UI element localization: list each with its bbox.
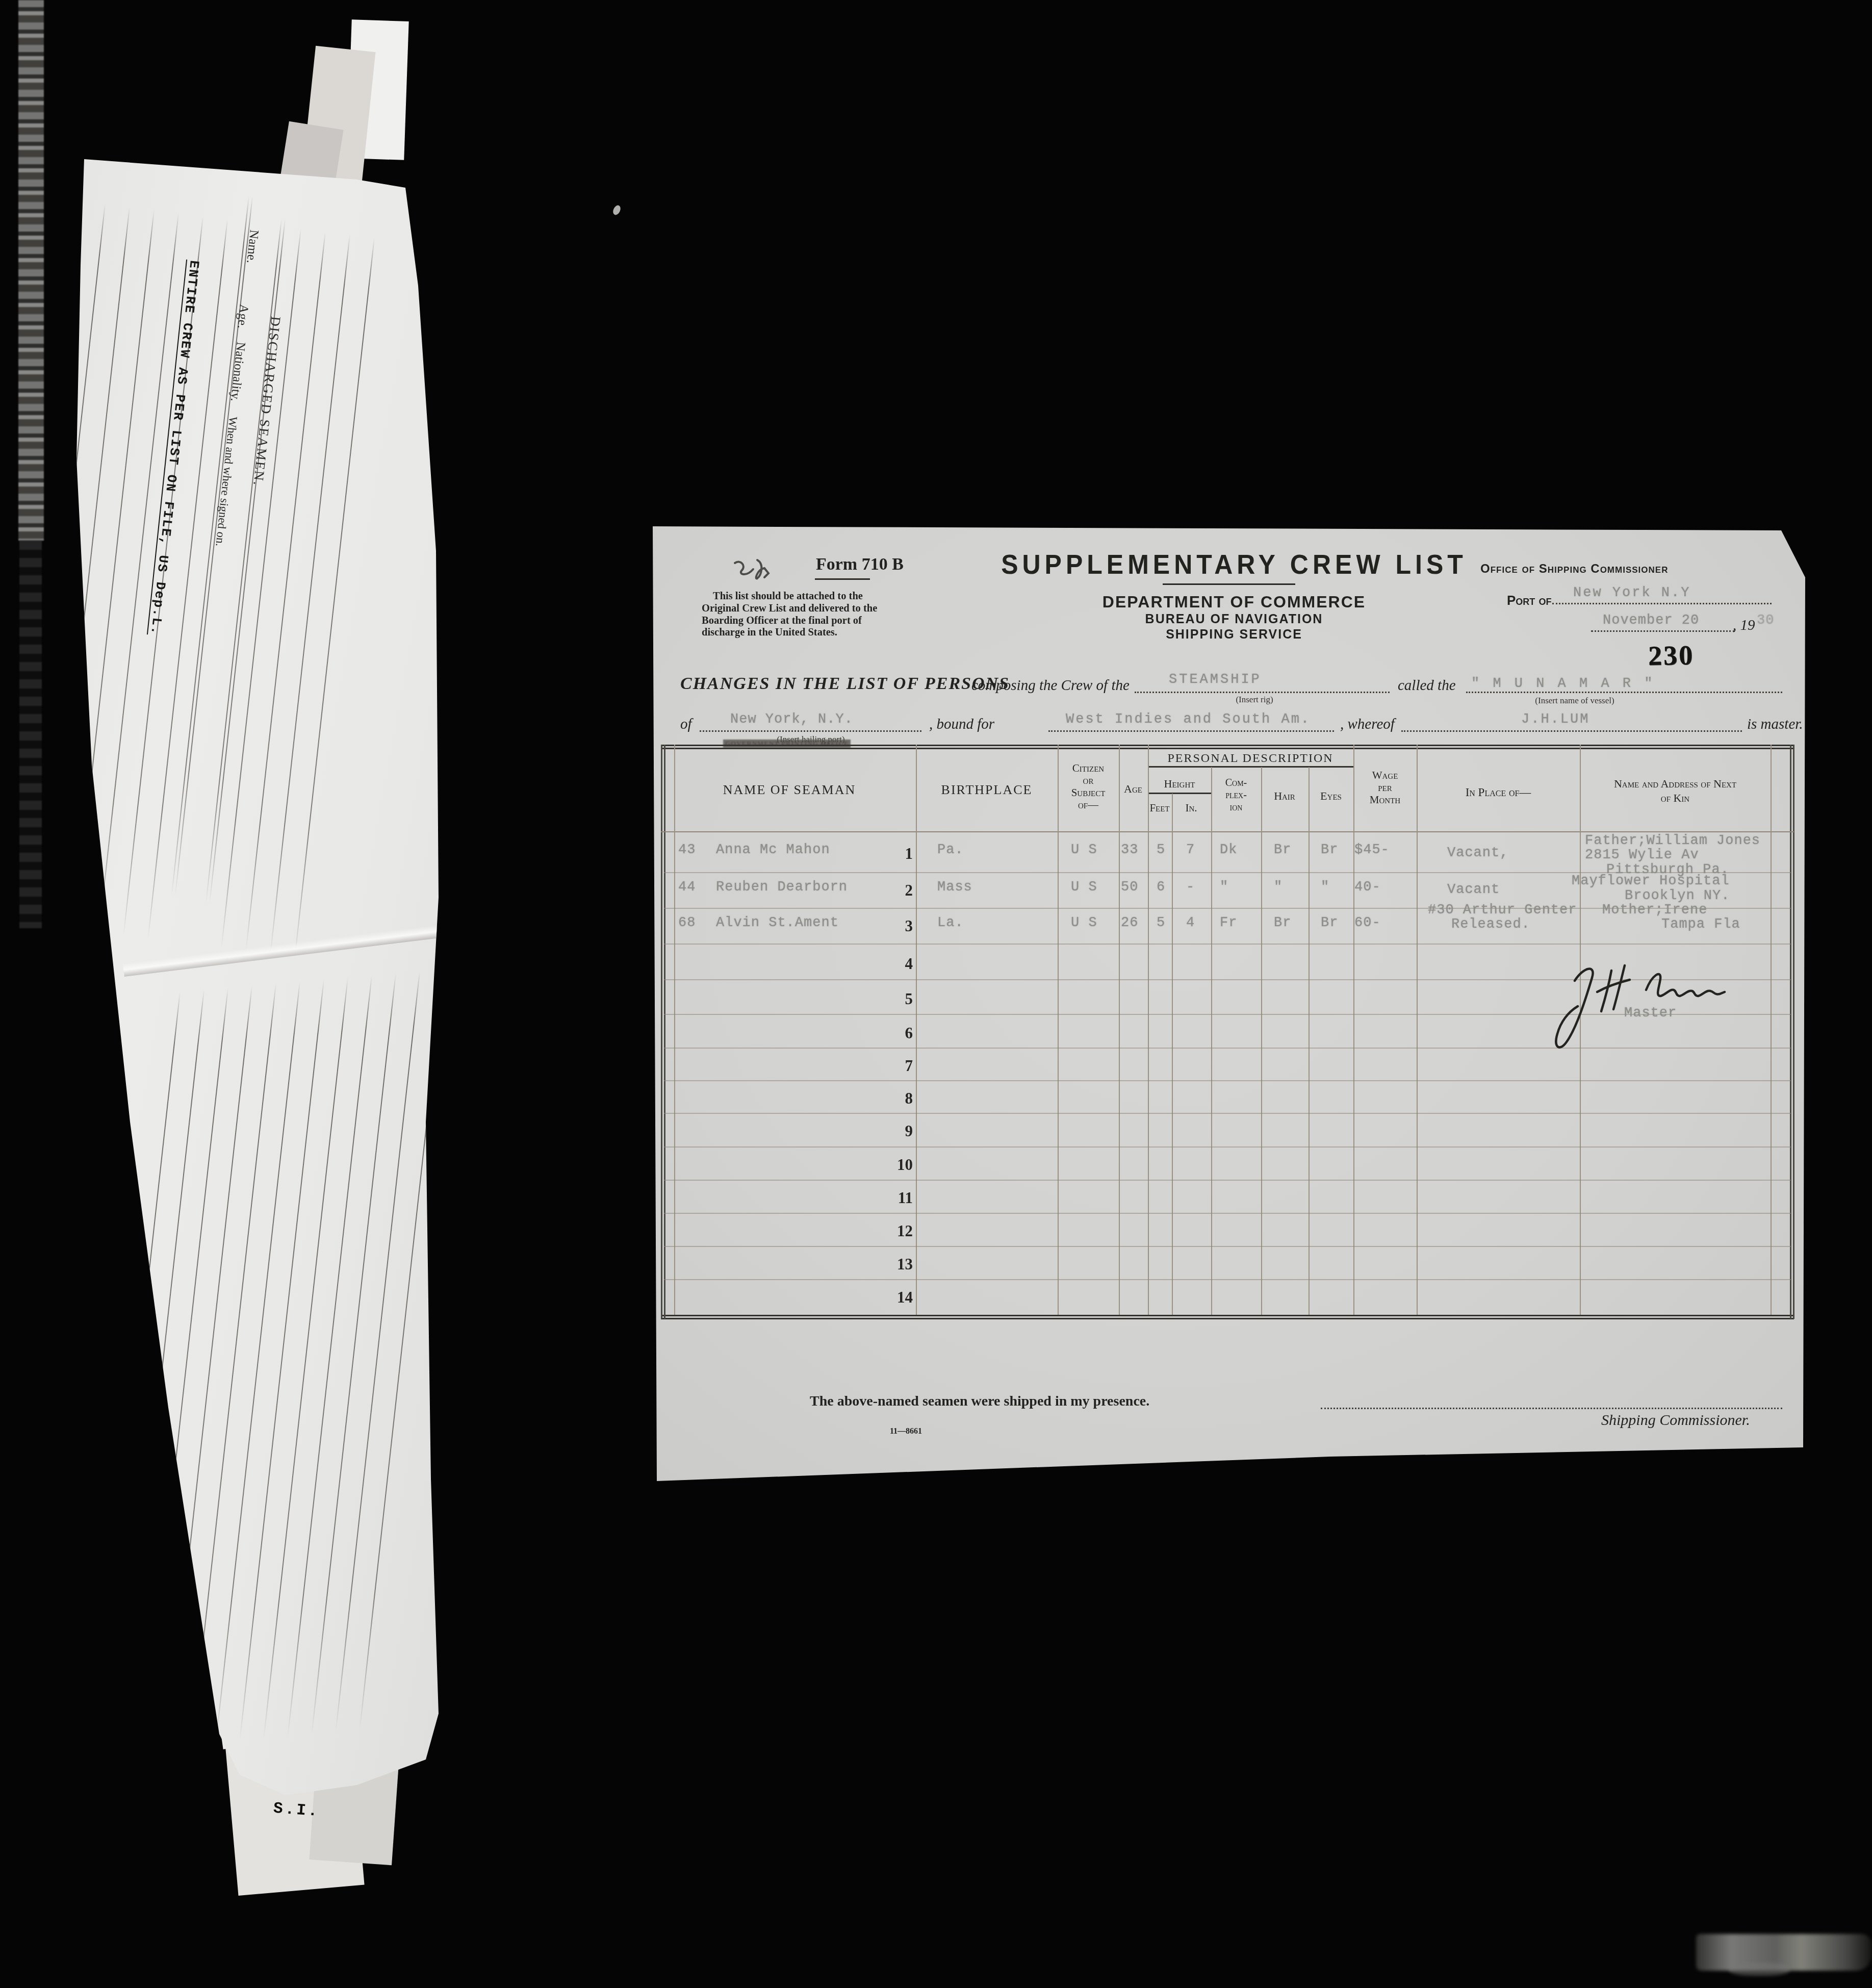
- vessel-dotted-line: [1466, 692, 1782, 693]
- row-separator: [664, 1146, 1791, 1148]
- table-border: [661, 1315, 1794, 1316]
- ruled-line: [74, 210, 155, 930]
- row-number: 1: [882, 845, 913, 863]
- master-dotted-line: [1401, 730, 1742, 732]
- cell-name: Reuben Dearborn: [716, 880, 848, 895]
- col-header-citizen-1: Citizen: [1072, 762, 1104, 775]
- form-title-rule: [1163, 583, 1295, 585]
- cell-next-of-kin: 2815 Wylie Av: [1585, 848, 1699, 863]
- cell-in-place-of: Vacant,: [1447, 846, 1508, 861]
- cell-strip_no: 68: [678, 915, 696, 931]
- cell-next-of-kin: Mayflower Hospital: [1572, 874, 1730, 889]
- cell-complexion: Dk: [1220, 843, 1237, 858]
- cell-strip_no: 43: [678, 843, 696, 858]
- port-dotted-line: [1552, 603, 1772, 604]
- department-line: DEPARTMENT OF COMMERCE: [1102, 593, 1366, 611]
- col-header-kin-2: of Kin: [1661, 792, 1689, 805]
- ruled-line: [239, 980, 324, 1740]
- pencil-scribble: [731, 549, 802, 584]
- cell-eyes: Br: [1321, 915, 1338, 931]
- row-number: 6: [882, 1024, 913, 1042]
- dest-dotted-line: [1048, 730, 1334, 732]
- cell-in-place-of: Released.: [1451, 917, 1530, 932]
- cell-strip_no: 44: [678, 880, 696, 895]
- commissioner-dotted-line: [1321, 1408, 1782, 1409]
- col-header-name: NAME OF SEAMAN: [723, 782, 856, 798]
- personal-desc-rule: [1148, 766, 1353, 768]
- cell-birthplace: La.: [937, 915, 964, 931]
- cell-feet: 5: [1157, 915, 1165, 931]
- whereof-label: , whereof: [1340, 716, 1395, 733]
- changes-lead2: composing the Crew of the: [971, 677, 1130, 694]
- cell-feet: 6: [1157, 880, 1165, 895]
- master-typed-label: Master: [1624, 1006, 1677, 1021]
- cell-next-of-kin: Mother;Irene: [1602, 903, 1707, 918]
- stamp-230: 230: [1648, 639, 1694, 672]
- column-line: [1309, 767, 1310, 1315]
- col-header-citizen-3: Subject: [1071, 786, 1106, 799]
- ledger-print-code: 1408: [16, 1640, 27, 1658]
- ruled-line: [311, 974, 396, 1734]
- row-separator: [664, 1180, 1791, 1181]
- form-number: Form 710 B: [816, 555, 904, 574]
- column-line: [1119, 745, 1120, 1315]
- row-number: 4: [882, 955, 913, 973]
- header-rule: [661, 831, 1794, 832]
- hailing-value: New York, N.Y.: [730, 712, 853, 727]
- table-border: [1793, 745, 1794, 1319]
- discharged-seamen-ledger: Name. Age. Nationality. When and where s…: [15, 148, 546, 1836]
- height-rule: [1148, 793, 1211, 794]
- date-value: November 20: [1603, 613, 1699, 628]
- row-separator: [664, 1080, 1791, 1081]
- cell-next-of-kin: Tampa Fla: [1661, 917, 1740, 932]
- column-line: [1211, 767, 1212, 1315]
- cell-complexion: ": [1220, 880, 1228, 895]
- cell-in-place-of: Vacant: [1447, 882, 1500, 898]
- col-header-complexion-1: Com-: [1225, 777, 1247, 789]
- cell-in-place-of: #30 Arthur Genter: [1428, 903, 1577, 918]
- supplementary-crew-list-form: Form 710 B This list should be attached …: [652, 523, 1809, 1484]
- ruled-line: [335, 972, 420, 1732]
- table-border: [661, 745, 1794, 746]
- dust-speck: [611, 204, 622, 216]
- cell-name: Alvin St.Ament: [716, 915, 839, 931]
- cell-hair: ": [1274, 880, 1283, 895]
- service-line: SHIPPING SERVICE: [1166, 627, 1302, 642]
- col-header-hair: Hair: [1274, 789, 1295, 803]
- cell-age: 50: [1121, 880, 1138, 895]
- col-header-complexion-2: plex-: [1225, 789, 1247, 801]
- cell-birthplace: Pa.: [937, 843, 964, 858]
- ledger-col-name: Name.: [243, 229, 261, 264]
- date-year-typed: 30: [1757, 613, 1774, 628]
- rig-value: STEAMSHIP: [1169, 672, 1262, 687]
- cell-inches: 4: [1186, 915, 1195, 931]
- column-line: [1353, 745, 1354, 1315]
- cell-next-of-kin: Brooklyn NY.: [1625, 888, 1730, 904]
- cell-complexion: Fr: [1220, 915, 1237, 931]
- cell-next-of-kin: Father;William Jones: [1585, 833, 1760, 849]
- cell-wage: $45-: [1354, 843, 1390, 858]
- col-header-birthplace: BIRTHPLACE: [941, 782, 1033, 798]
- cell-age: 33: [1121, 843, 1138, 858]
- ruled-line: [143, 988, 228, 1748]
- col-header-kin-1: Name and Address of Next: [1614, 777, 1736, 791]
- ledger-col-nationality: Nationality.: [227, 341, 248, 402]
- col-header-in-place-of: In Place of—: [1466, 786, 1531, 799]
- ruled-line: [270, 235, 350, 955]
- hailing-dotted-line: [700, 730, 921, 732]
- ruled-line: [215, 982, 300, 1742]
- column-line: [1771, 745, 1772, 1315]
- row-number: 13: [882, 1255, 913, 1273]
- row-number: 3: [882, 917, 913, 935]
- form-number-rule: [815, 578, 870, 580]
- master-value: J.H.LUM: [1521, 712, 1589, 727]
- office-line: Office of Shipping Commissioner: [1480, 562, 1668, 576]
- col-header-height: Height: [1164, 777, 1195, 791]
- col-header-wage-3: Month: [1370, 794, 1400, 806]
- date-printed-19: , 19: [1733, 617, 1755, 634]
- row-separator: [664, 1213, 1791, 1214]
- row-separator: [664, 944, 1791, 945]
- column-line: [1417, 745, 1418, 1315]
- cell-citizen: U S: [1071, 843, 1097, 858]
- row-separator: [664, 1113, 1791, 1114]
- film-edge-texture-faint: [19, 541, 42, 928]
- dest-value: West Indies and South Am.: [1066, 712, 1311, 727]
- table-border: [664, 745, 665, 1319]
- attach-note: This list should be attached to the Orig…: [702, 591, 902, 639]
- ledger-typed-note: ENTIRE CREW AS PER LIST ON FILE, US Dep.…: [147, 260, 202, 636]
- film-edge-texture: [18, 0, 44, 541]
- ledger-seam: [123, 924, 448, 977]
- ruled-line: [359, 970, 444, 1730]
- bureau-line: BUREAU OF NAVIGATION: [1145, 612, 1323, 627]
- row-number: 7: [882, 1057, 913, 1075]
- cell-feet: 5: [1157, 843, 1165, 858]
- vessel-caption: (Insert name of vessel): [1535, 696, 1614, 706]
- row-separator: [664, 1246, 1791, 1247]
- cell-inches: 7: [1186, 843, 1195, 858]
- column-line: [674, 745, 675, 1315]
- scan-smudge-small: [1729, 1962, 1790, 1976]
- ruled-line: [119, 990, 204, 1750]
- row-number: 5: [882, 990, 913, 1008]
- bound-for: , bound for: [929, 716, 994, 733]
- si-mark: S.I.: [273, 1800, 320, 1821]
- cell-eyes: Br: [1321, 843, 1338, 858]
- cell-name: Anna Mc Mahon: [716, 843, 830, 858]
- table-border: [661, 748, 1794, 749]
- rig-caption: (Insert rig): [1236, 695, 1273, 705]
- cell-birthplace: Mass: [937, 880, 972, 895]
- row-number: 2: [882, 881, 913, 900]
- col-header-wage-1: Wage: [1372, 769, 1398, 782]
- of-label: of: [680, 716, 692, 733]
- table-border: [661, 1318, 1794, 1319]
- table-border: [661, 745, 662, 1319]
- changes-lead: CHANGES IN THE LIST OF PERSONS: [680, 674, 1010, 694]
- ruled-line: [287, 976, 372, 1736]
- ruled-line: [263, 978, 348, 1738]
- row-number: 11: [882, 1189, 913, 1207]
- gpo-imprint: GOVERNMENT PRINTING OFFICE: [723, 740, 851, 748]
- cell-inches: -: [1186, 880, 1195, 895]
- row-number: 9: [882, 1122, 913, 1140]
- scanned-page: Name. Age. Nationality. When and where s…: [0, 0, 1872, 1988]
- rig-dotted-line: [1135, 692, 1390, 693]
- col-header-citizen-2: or: [1083, 774, 1094, 787]
- cell-hair: Br: [1274, 843, 1291, 858]
- cell-hair: Br: [1274, 915, 1291, 931]
- ruled-line: [95, 992, 181, 1752]
- cell-wage: 60-: [1354, 915, 1381, 931]
- row-number: 14: [882, 1288, 913, 1307]
- ruled-line: [49, 207, 130, 927]
- ledger-title: DISCHARGED SEAMEN.: [250, 316, 284, 487]
- date-dotted-line: [1591, 630, 1735, 632]
- col-header-citizen-4: of—: [1078, 799, 1098, 811]
- col-header-inches: In.: [1185, 802, 1197, 814]
- col-header-age: Age: [1124, 782, 1142, 796]
- col-header-feet: Feet: [1149, 802, 1169, 814]
- is-master: is master.: [1747, 716, 1803, 733]
- row-number: 10: [882, 1156, 913, 1174]
- called-the: called the: [1398, 677, 1456, 694]
- column-line: [1261, 767, 1262, 1315]
- row-number: 12: [882, 1222, 913, 1240]
- column-line: [1148, 745, 1149, 1315]
- cell-wage: 40-: [1354, 880, 1381, 895]
- form-title: SUPPLEMENTARY CREW LIST: [1001, 549, 1467, 581]
- cell-citizen: U S: [1071, 915, 1097, 931]
- cell-citizen: U S: [1071, 880, 1097, 895]
- table-border: [1790, 745, 1791, 1319]
- ledger-col-age: Age.: [234, 303, 251, 329]
- row-separator: [664, 1279, 1791, 1280]
- column-line: [916, 745, 917, 1315]
- col-header-complexion-3: ion: [1230, 802, 1243, 813]
- row-number: 8: [882, 1089, 913, 1108]
- ruled-line: [245, 232, 326, 952]
- ruled-line: [191, 984, 276, 1744]
- footer-code: 11—8661: [890, 1427, 922, 1436]
- cell-age: 26: [1121, 915, 1138, 931]
- port-value: New York N.Y: [1573, 585, 1690, 601]
- ruled-line: [294, 238, 375, 958]
- cell-eyes: ": [1321, 880, 1329, 895]
- column-line: [1058, 745, 1059, 1315]
- ruled-line: [167, 986, 252, 1746]
- commissioner-label: Shipping Commissioner.: [1601, 1412, 1750, 1429]
- col-header-eyes: Eyes: [1320, 789, 1342, 803]
- port-label: Port of: [1507, 593, 1552, 608]
- col-header-wage-2: per: [1378, 781, 1392, 794]
- personal-description-header: PERSONAL DESCRIPTION: [1167, 752, 1333, 766]
- footer-statement: The above-named seamen were shipped in m…: [810, 1393, 1149, 1410]
- vessel-value: " M U N A M A R ": [1471, 676, 1655, 692]
